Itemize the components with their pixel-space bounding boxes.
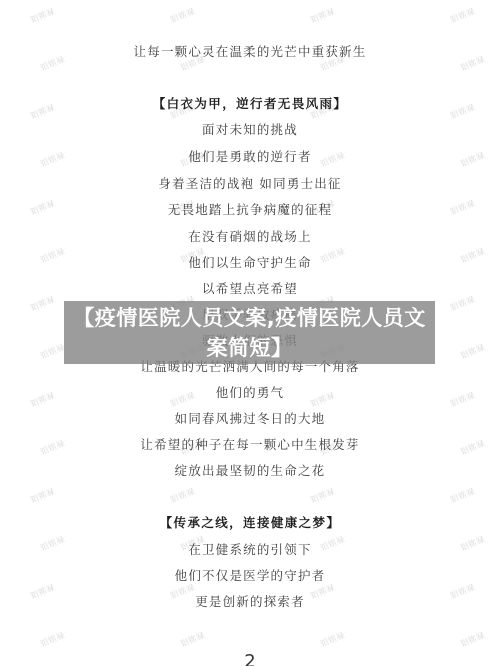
watermark-text: 铝铭禄 [319,630,347,650]
text-line: 在没有硝烟的战场上 [0,229,500,245]
watermark-text: 铝铭禄 [169,6,197,26]
text-line: 无畏地踏上抗争病魔的征程 [0,202,500,218]
text-line: 让希望的种子在每一颗心中生根发芽 [0,437,500,453]
section-heading: 【白衣为甲，逆行者无畏风雨】 [0,96,500,112]
watermark-text: 铝铭禄 [309,486,337,506]
watermark-text: 铝铭禄 [309,6,337,26]
watermark-text: 铝铭禄 [29,6,57,26]
watermark-text: 铝铭禄 [39,630,67,650]
text-line: 如同春风拂过冬日的大地 [0,411,500,427]
text-line: 他们是勇敢的逆行者 [0,149,500,165]
text-line: 让每一颗心灵在温柔的光芒中重获新生 [0,44,500,60]
text-line: 他们以生命守护生命 [0,255,500,271]
watermark-text: 铝铭禄 [29,486,57,506]
watermark-text: 铝铭禄 [449,486,477,506]
text-line: 身着圣洁的战袍 如同勇士出征 [0,176,500,192]
text-line: 面对未知的挑战 [0,122,500,138]
text-line: 他们不仅是医学的守护者 [0,568,500,584]
document-page: 铝铭禄铝铭禄铝铭禄铝铭禄铝铭禄铝铭禄铝铭禄铝铭禄铝铭禄铝铭禄铝铭禄铝铭禄铝铭禄铝… [0,0,500,666]
watermark-text: 铝铭禄 [169,486,197,506]
watermark-text: 铝铭禄 [459,630,487,650]
watermark-text: 铝铭禄 [449,6,477,26]
page-number: 2 [0,651,500,666]
text-line: 他们的勇气 [0,385,500,401]
banner-title: 【疫情医院人员文案,疫情医院人员文案简短】 [64,301,435,363]
text-line: 绽放出最坚韧的生命之花 [0,463,500,479]
section-heading: 【传承之线，连接健康之梦】 [0,515,500,531]
text-line: 以希望点亮希望 [0,281,500,297]
watermark-text: 铝铭禄 [179,630,207,650]
text-line: 更是创新的探索者 [0,594,500,610]
text-line: 在卫健系统的引领下 [0,542,500,558]
